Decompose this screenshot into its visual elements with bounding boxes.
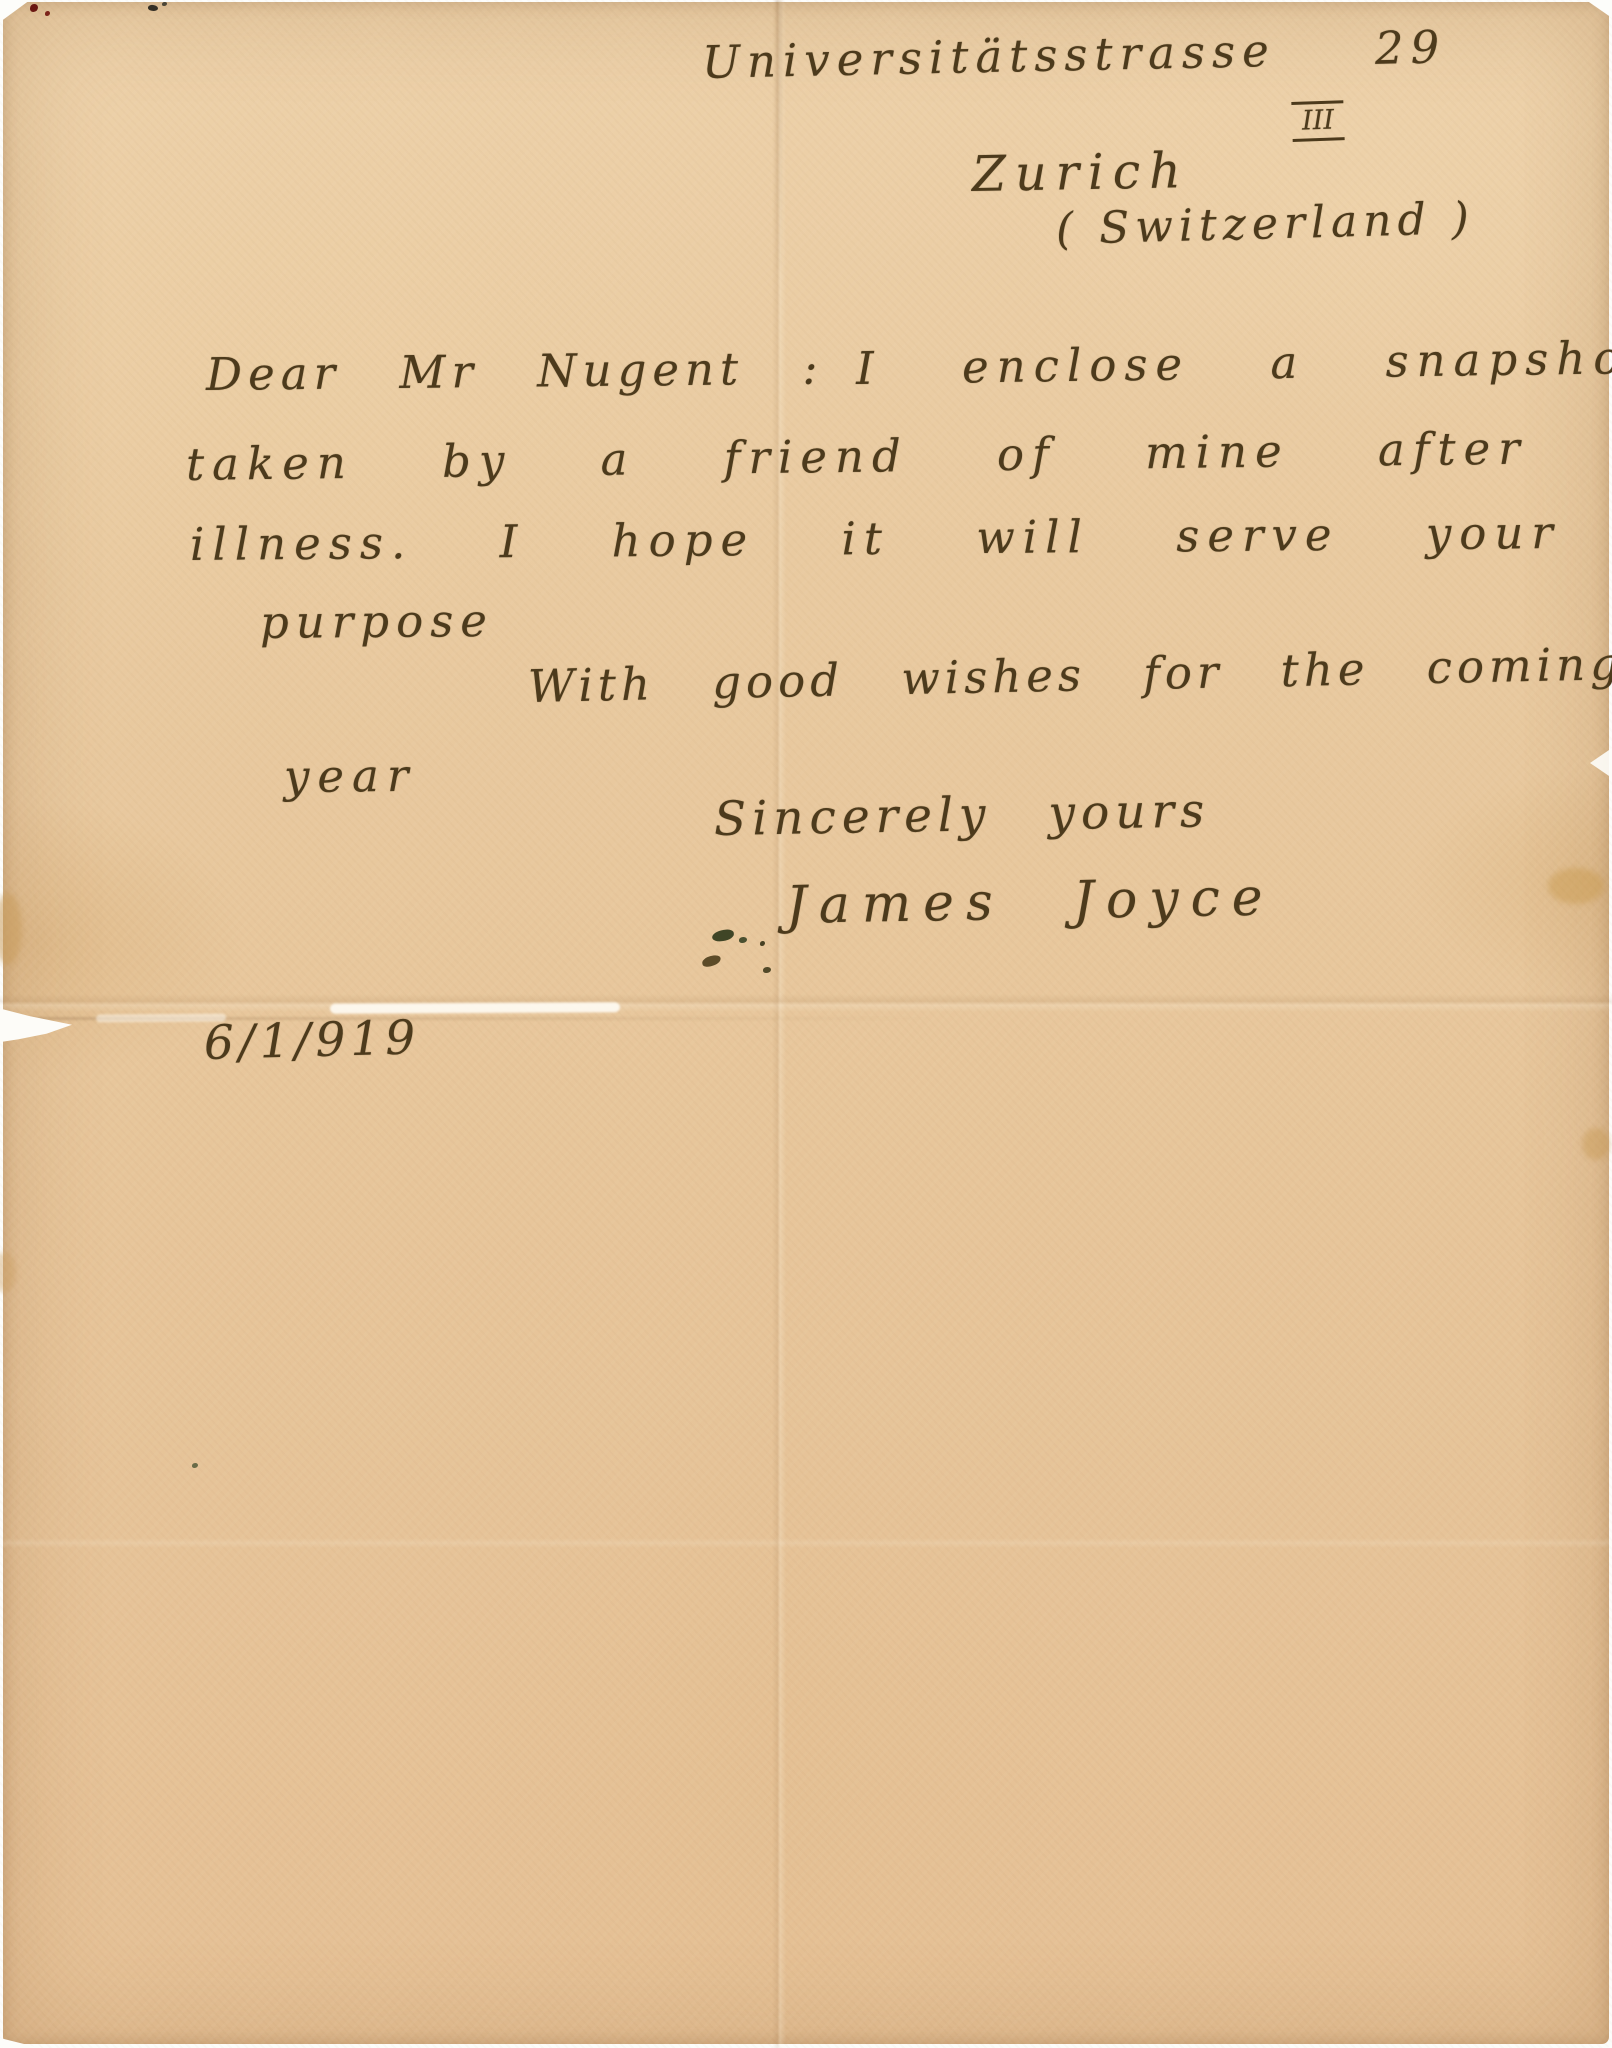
horizontal-fold-crease	[0, 994, 1612, 1012]
vertical-fold-crease	[772, 0, 786, 2048]
salutation: Dear Mr Nugent :	[206, 342, 824, 401]
address-floor-number: III	[1291, 104, 1344, 137]
address-city: Zurich	[972, 142, 1191, 203]
letter-scan: Universitätsstrasse 29 III Zurich ( Swit…	[0, 0, 1612, 2048]
date: 6/1/919	[203, 1010, 421, 1071]
body-line-4: purpose	[260, 594, 494, 649]
body-line-6: year	[284, 749, 417, 803]
right-edge-stain-1	[1548, 868, 1604, 904]
lower-fold-crease	[0, 1538, 1612, 1548]
address-floor-value: III	[1291, 100, 1344, 142]
valediction: Sincerely yours	[714, 783, 1211, 847]
right-edge-stain-2	[1582, 1128, 1610, 1160]
signature: James Joyce	[785, 867, 1275, 936]
body-line-1: I enclose a snapshot	[856, 331, 1612, 395]
